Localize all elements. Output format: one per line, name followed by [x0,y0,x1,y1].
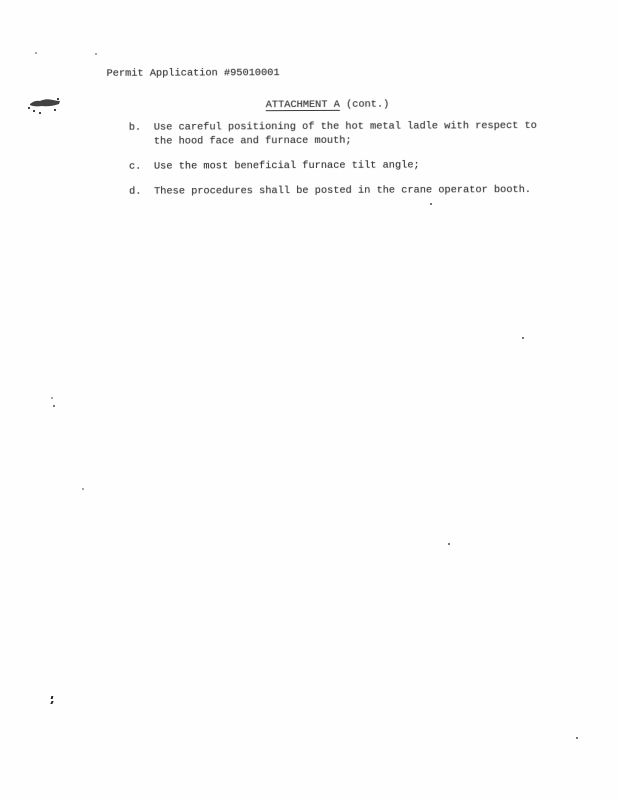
scan-speck [448,543,450,545]
permit-application-number: Permit Application #95010001 [107,66,280,81]
stray-pen-mark [50,696,54,707]
attachment-title-suffix: (cont.) [340,99,389,111]
list-item: d. These procedures shall be posted in t… [129,183,559,199]
list-item-text: Use the most beneficial furnace tilt ang… [154,158,546,174]
list-item-label: d. [129,185,154,199]
margin-ink-smudge [27,94,63,123]
list-item: c. Use the most beneficial furnace tilt … [129,158,559,174]
document-content: Permit Application #95010001 ATTACHMENT … [0,0,618,800]
list-item-label: c. [129,160,154,174]
attachment-title-underlined: ATTACHMENT A [266,99,340,111]
list-item: b. Use careful positioning of the hot me… [129,119,559,149]
list-item-text: Use careful positioning of the hot metal… [154,119,546,149]
scan-speck [53,405,55,407]
scan-speck [522,337,524,339]
scan-speck [430,203,432,205]
scan-speck [35,52,37,54]
scan-speck [95,53,97,55]
list-item-text: These procedures shall be posted in the … [154,183,546,199]
procedures-list: b. Use careful positioning of the hot me… [129,119,559,210]
scanned-document-page: Permit Application #95010001 ATTACHMENT … [0,0,618,800]
scan-speck [576,737,578,739]
ink-smudge-icon [27,94,63,118]
scan-speck [82,488,84,490]
attachment-title: ATTACHMENT A (cont.) [266,98,390,113]
scan-speck [51,397,53,399]
list-item-label: b. [129,121,154,149]
